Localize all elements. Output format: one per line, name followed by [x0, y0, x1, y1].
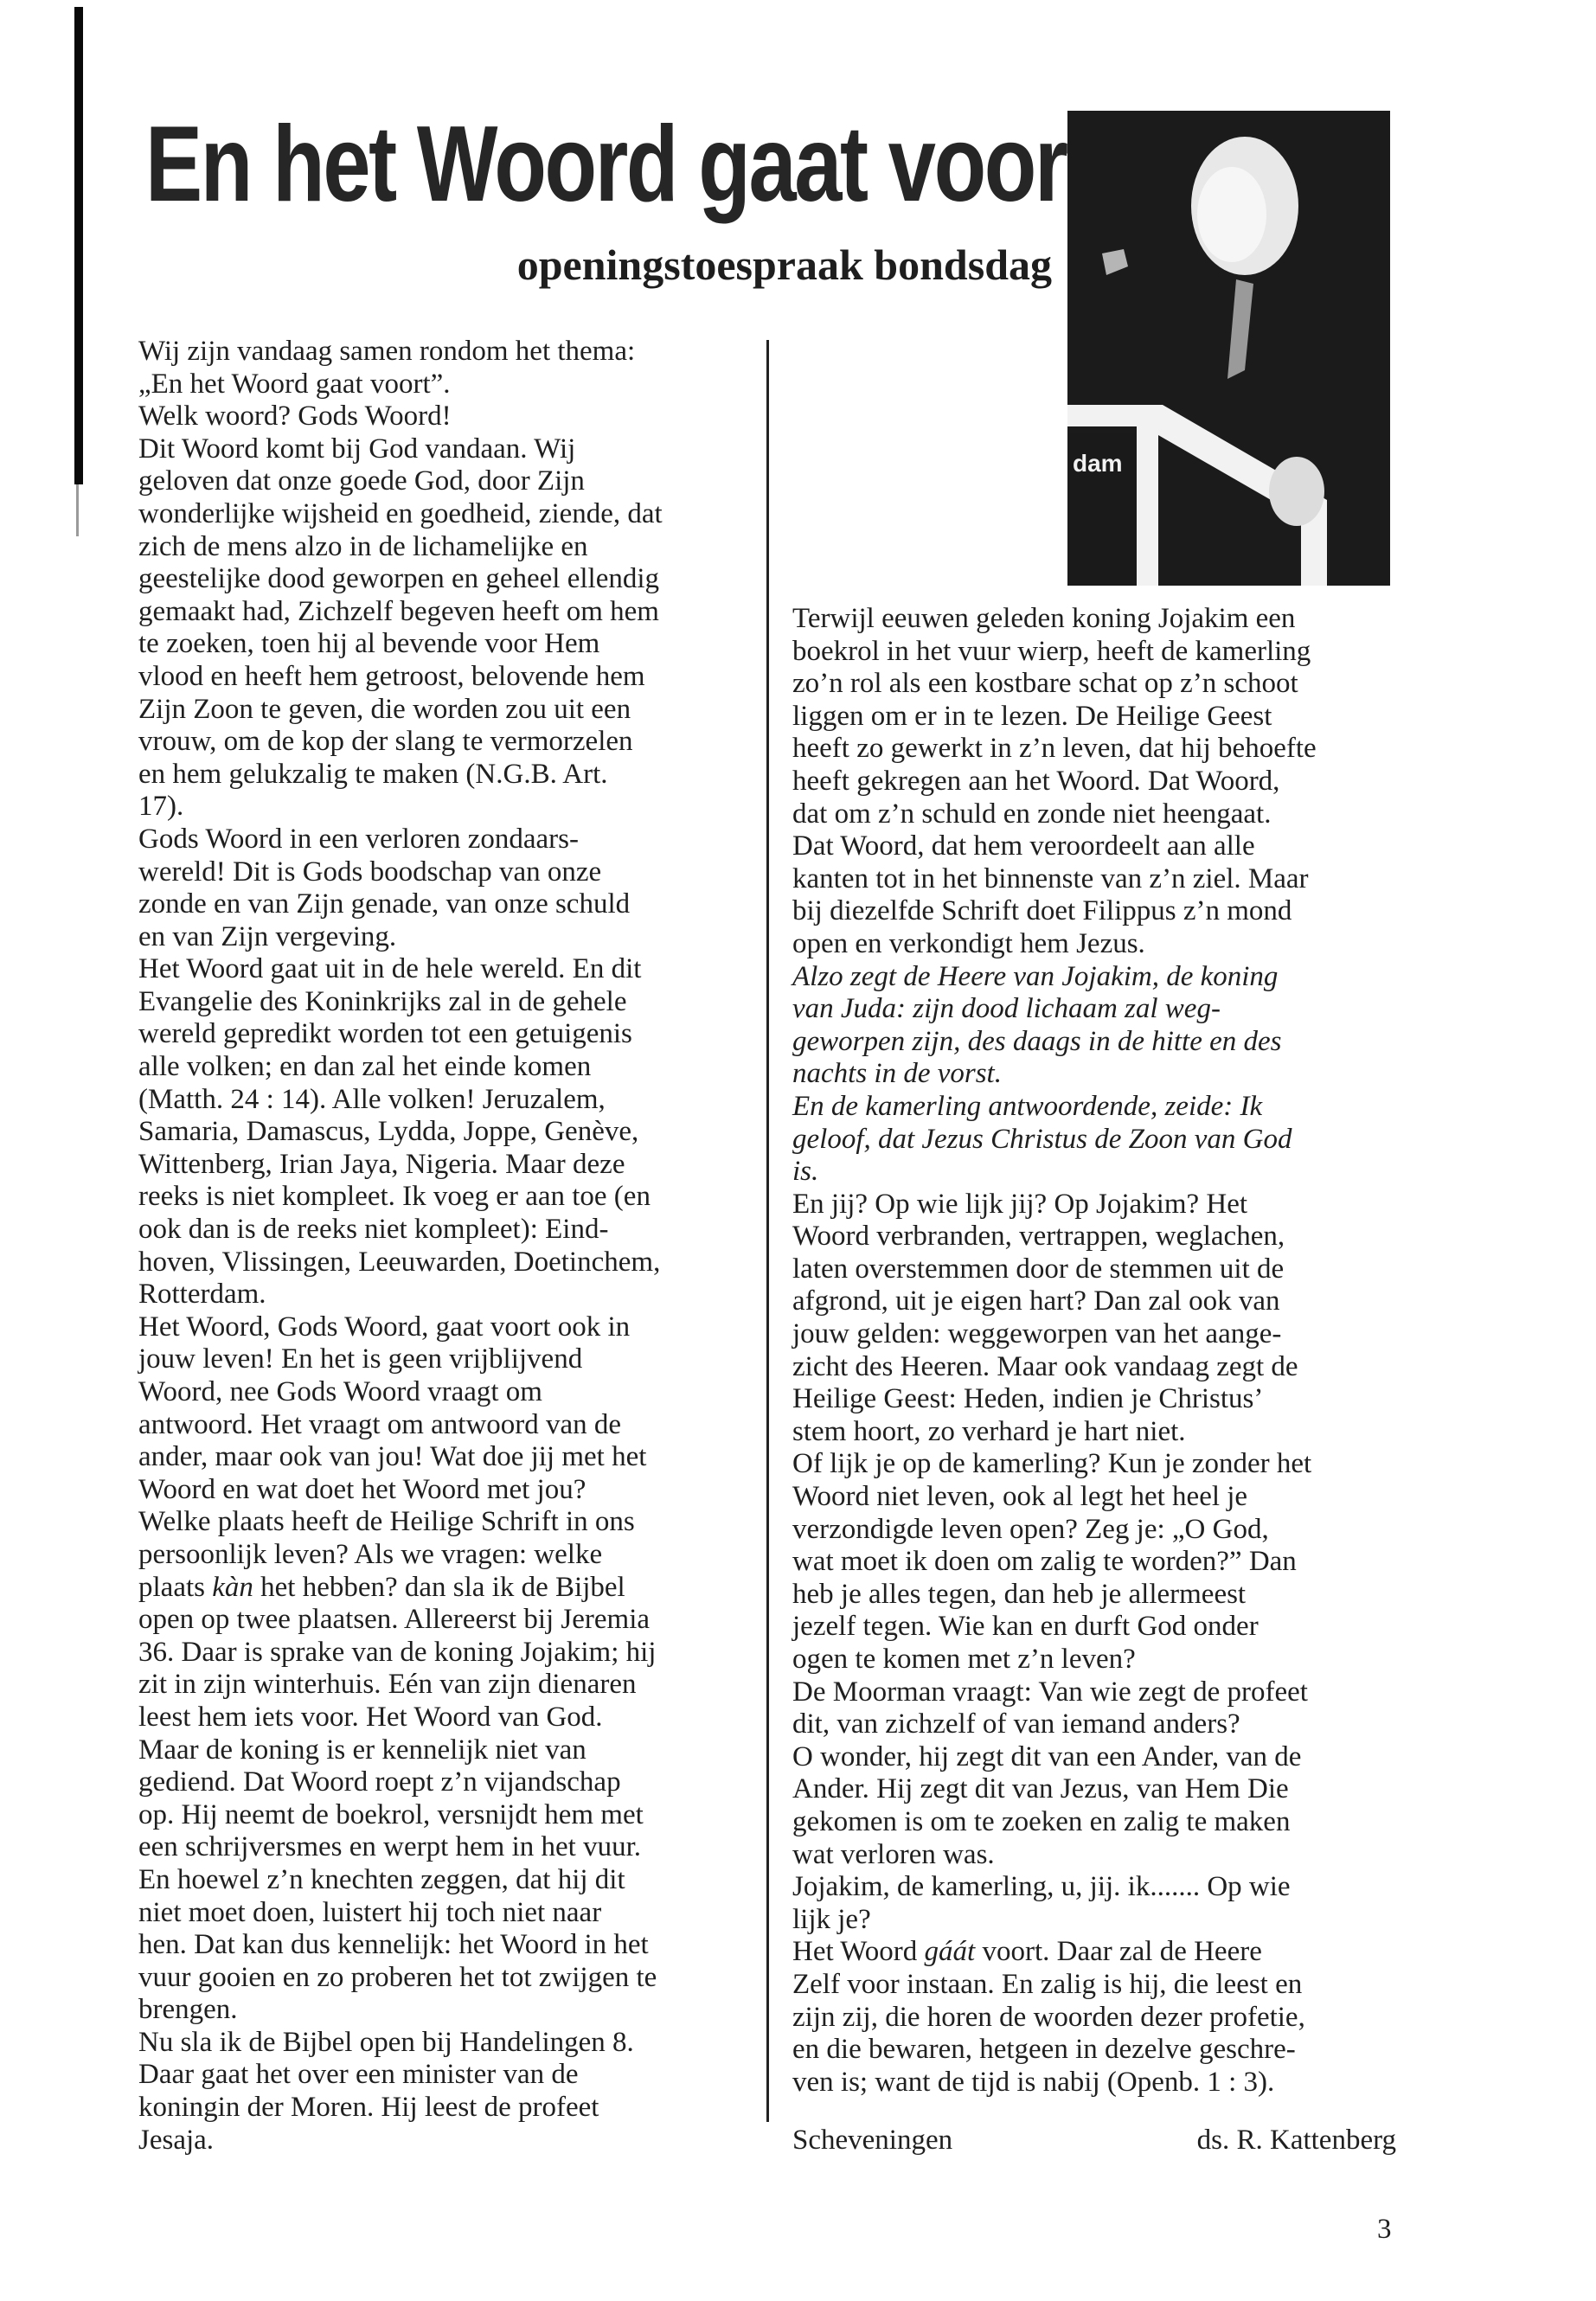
text-line: en van Zijn vergeving. [138, 921, 753, 954]
text-line: wat verloren was. [792, 1839, 1407, 1872]
text-line: Dat Woord, dat hem veroordeelt aan alle [792, 830, 1407, 863]
text-line: De Moorman vraagt: Van wie zegt de profe… [792, 1676, 1407, 1709]
text-line: gemaakt had, Zichzelf begeven heeft om h… [138, 596, 753, 629]
text-line: dit, van zichzelf of van iemand anders? [792, 1708, 1407, 1741]
text-line: Woord, nee Gods Woord vraagt om [138, 1376, 753, 1409]
text-line: Jesaja. [138, 2125, 753, 2157]
text-line: Maar de koning is er kennelijk niet van [138, 1734, 753, 1767]
text-line: zo’n rol als een kostbare schat op z’n s… [792, 668, 1407, 701]
text-fragment: Het Woord [792, 1936, 917, 1967]
text-line: Zijn Zoon te geven, die worden zou uit e… [138, 694, 753, 727]
text-line: 17). [138, 791, 753, 824]
text-line: lijk je? [792, 1904, 1407, 1937]
text-line: Nu sla ik de Bijbel open bij Handelingen… [138, 2027, 753, 2060]
text-line: koningin der Moren. Hij leest de profeet [138, 2092, 753, 2125]
text-line: persoonlijk leven? Als we vragen: welke [138, 1539, 753, 1572]
text-line: open en verkondigt hem Jezus. [792, 928, 1407, 961]
text-line: Wittenberg, Irian Jaya, Nigeria. Maar de… [138, 1149, 753, 1182]
text-line: En jij? Op wie lijk jij? Op Jojakim? Het [792, 1189, 1407, 1221]
text-line: Welk woord? Gods Woord! [138, 401, 753, 433]
text-line: stem hoort, zo verhard je hart niet. [792, 1416, 1407, 1449]
text-line: antwoord. Het vraagt om antwoord van de [138, 1409, 753, 1442]
speaker-photo: dam [1067, 111, 1390, 586]
text-line: wonderlijke wijsheid en goedheid, ziende… [138, 498, 753, 531]
text-line: Zelf voor instaan. En zalig is hij, die … [792, 1969, 1407, 2002]
article-subtitle: openingstoespraak bondsdag [481, 240, 1052, 289]
text-line: en die bewaren, hetgeen in dezelve gesch… [792, 2034, 1407, 2067]
text-line: „En het Woord gaat voort”. [138, 369, 753, 401]
text-line: jouw gelden: weggeworpen van het aange- [792, 1318, 1407, 1351]
quote-line: geloof, dat Jezus Christus de Zoon van G… [792, 1124, 1407, 1157]
text-line: ook dan is de reeks niet kompleet): Eind… [138, 1214, 753, 1247]
text-line: Evangelie des Koninkrijks zal in de gehe… [138, 986, 753, 1019]
text-line: Het Woord gáát voort. Daar zal de Heere [792, 1936, 1407, 1969]
text-line: Ander. Hij zegt dit van Jezus, van Hem D… [792, 1773, 1407, 1806]
text-line: vrouw, om de kop der slang te vermorzele… [138, 726, 753, 759]
text-line: zijn zij, die horen de woorden dezer pro… [792, 2002, 1407, 2035]
text-line: ogen te komen met z’n leven? [792, 1644, 1407, 1676]
text-fragment: het hebben? dan sla ik de Bijbel [260, 1572, 625, 1603]
text-line: op. Hij neemt de boekrol, versnijdt hem … [138, 1799, 753, 1832]
text-line: wereld! Dit is Gods boodschap van onze [138, 856, 753, 889]
text-line: Samaria, Damascus, Lydda, Joppe, Genève, [138, 1116, 753, 1149]
text-line: Het Woord, Gods Woord, gaat voort ook in [138, 1311, 753, 1344]
text-line: gediend. Dat Woord roept z’n vijandschap [138, 1766, 753, 1799]
text-line: Woord en wat doet het Woord met jou? [138, 1474, 753, 1507]
text-line: ander, maar ook van jou! Wat doe jij met… [138, 1441, 753, 1474]
text-line: reeks is niet kompleet. Ik voeg er aan t… [138, 1181, 753, 1214]
text-line: kanten tot in het binnenste van z’n ziel… [792, 863, 1407, 896]
text-line: wereld gepredikt worden tot een getuigen… [138, 1018, 753, 1051]
text-line: liggen om er in te lezen. De Heilige Gee… [792, 701, 1407, 734]
text-line: afgrond, uit je eigen hart? Dan zal ook … [792, 1285, 1407, 1318]
text-line: 36. Daar is sprake van de koning Jojakim… [138, 1637, 753, 1670]
text-line: open op twee plaatsen. Allereerst bij Je… [138, 1604, 753, 1637]
text-line: jezelf tegen. Wie kan en durft God onder [792, 1611, 1407, 1644]
emphasis-word: kàn [212, 1572, 253, 1603]
text-line: En hoewel z’n knechten zeggen, dat hij d… [138, 1864, 753, 1897]
left-margin-rule [74, 7, 83, 484]
text-line: boekrol in het vuur wierp, heeft de kame… [792, 636, 1407, 669]
text-line: zicht des Heeren. Maar ook vandaag zegt … [792, 1351, 1407, 1384]
emphasis-word: gáát [925, 1936, 976, 1967]
quote-line: is. [792, 1156, 1407, 1189]
signature-author: ds. R. Kattenberg [1170, 2124, 1396, 2157]
text-line: Heilige Geest: Heden, indien je Christus… [792, 1383, 1407, 1416]
left-column: Wij zijn vandaag samen rondom het thema:… [138, 336, 753, 2157]
text-line: heb je alles tegen, dan heb je allermees… [792, 1579, 1407, 1612]
text-line: Jojakim, de kamerling, u, jij. ik.......… [792, 1871, 1407, 1904]
quote-line: nachts in de vorst. [792, 1058, 1407, 1091]
text-line: Gods Woord in een verloren zondaars- [138, 824, 753, 856]
quote-line: geworpen zijn, des daags in de hitte en … [792, 1026, 1407, 1059]
text-line: Welke plaats heeft de Heilige Schrift in… [138, 1506, 753, 1539]
text-line: brengen. [138, 1994, 753, 2027]
text-line: Of lijk je op de kamerling? Kun je zonde… [792, 1448, 1407, 1481]
speaker-photo-image: dam [1067, 111, 1390, 586]
text-line: dat om z’n schuld en zonde niet heengaat… [792, 798, 1407, 831]
text-line: heeft gekregen aan het Woord. Dat Woord, [792, 766, 1407, 798]
quote-line: En de kamerling antwoordende, zeide: Ik [792, 1091, 1407, 1124]
text-line: leest hem iets voor. Het Woord van God. [138, 1702, 753, 1734]
text-line: te zoeken, toen hij al bevende voor Hem [138, 628, 753, 661]
text-line: heeft zo gewerkt in z’n leven, dat hij b… [792, 733, 1407, 766]
text-line: plaats kàn het hebben? dan sla ik de Bij… [138, 1572, 753, 1605]
svg-text:dam: dam [1073, 450, 1123, 477]
text-line: vuur gooien en zo proberen het tot zwijg… [138, 1962, 753, 1995]
left-margin-rule-tail [76, 484, 79, 536]
text-line: laten overstemmen door de stemmen uit de [792, 1253, 1407, 1286]
text-line: Daar gaat het over een minister van de [138, 2059, 753, 2092]
text-line: (Matth. 24 : 14). Alle volken! Jeruzalem… [138, 1084, 753, 1117]
page-number: 3 [1377, 2213, 1392, 2246]
text-line: zit in zijn winterhuis. Eén van zijn die… [138, 1669, 753, 1702]
text-fragment: plaats [138, 1572, 205, 1603]
text-line: Rotterdam. [138, 1279, 753, 1311]
text-fragment: voort. Daar zal de Heere [982, 1936, 1261, 1967]
text-line: vlood en heeft hem getroost, belovende h… [138, 661, 753, 694]
text-line: Woord verbranden, vertrappen, weglachen, [792, 1221, 1407, 1253]
text-line: Woord niet leven, ook al legt het heel j… [792, 1481, 1407, 1514]
text-line: gekomen is om te zoeken en zalig te make… [792, 1806, 1407, 1839]
text-line: Terwijl eeuwen geleden koning Jojakim ee… [792, 603, 1407, 636]
text-line: verzondigde leven open? Zeg je: „O God, [792, 1514, 1407, 1547]
text-line: jouw leven! En het is geen vrijblijvend [138, 1343, 753, 1376]
column-divider [766, 340, 769, 2122]
text-line: Wij zijn vandaag samen rondom het thema: [138, 336, 753, 369]
text-line: O wonder, hij zegt dit van een Ander, va… [792, 1741, 1407, 1774]
right-column: Terwijl eeuwen geleden koning Jojakim ee… [792, 603, 1407, 2099]
text-line: geestelijke dood geworpen en geheel elle… [138, 563, 753, 596]
text-line: alle volken; en dan zal het einde komen [138, 1051, 753, 1084]
text-line: Dit Woord komt bij God vandaan. Wij [138, 433, 753, 466]
text-line: wat moet ik doen om zalig te worden?” Da… [792, 1546, 1407, 1579]
text-line: een schrijversmes en werpt hem in het vu… [138, 1831, 753, 1864]
text-line: niet moet doen, luistert hij toch niet n… [138, 1897, 753, 1930]
text-line: zich de mens alzo in de lichamelijke en [138, 531, 753, 564]
text-line: hen. Dat kan dus kennelijk: het Woord in… [138, 1929, 753, 1962]
text-line: ven is; want de tijd is nabij (Openb. 1 … [792, 2067, 1407, 2099]
signature-place: Scheveningen [792, 2124, 952, 2157]
text-line: hoven, Vlissingen, Leeuwarden, Doetinche… [138, 1247, 753, 1279]
text-line: Het Woord gaat uit in de hele wereld. En… [138, 953, 753, 986]
text-line: en hem gelukzalig te maken (N.G.B. Art. [138, 759, 753, 792]
quote-line: Alzo zegt de Heere van Jojakim, de konin… [792, 961, 1407, 994]
quote-line: van Juda: zijn dood lichaam zal weg- [792, 993, 1407, 1026]
text-line: bij diezelfde Schrift doet Filippus z’n … [792, 895, 1407, 928]
text-line: geloven dat onze goede God, door Zijn [138, 465, 753, 498]
article-title: En het Woord gaat voort [145, 111, 879, 218]
text-line: zonde en van Zijn genade, van onze schul… [138, 888, 753, 921]
